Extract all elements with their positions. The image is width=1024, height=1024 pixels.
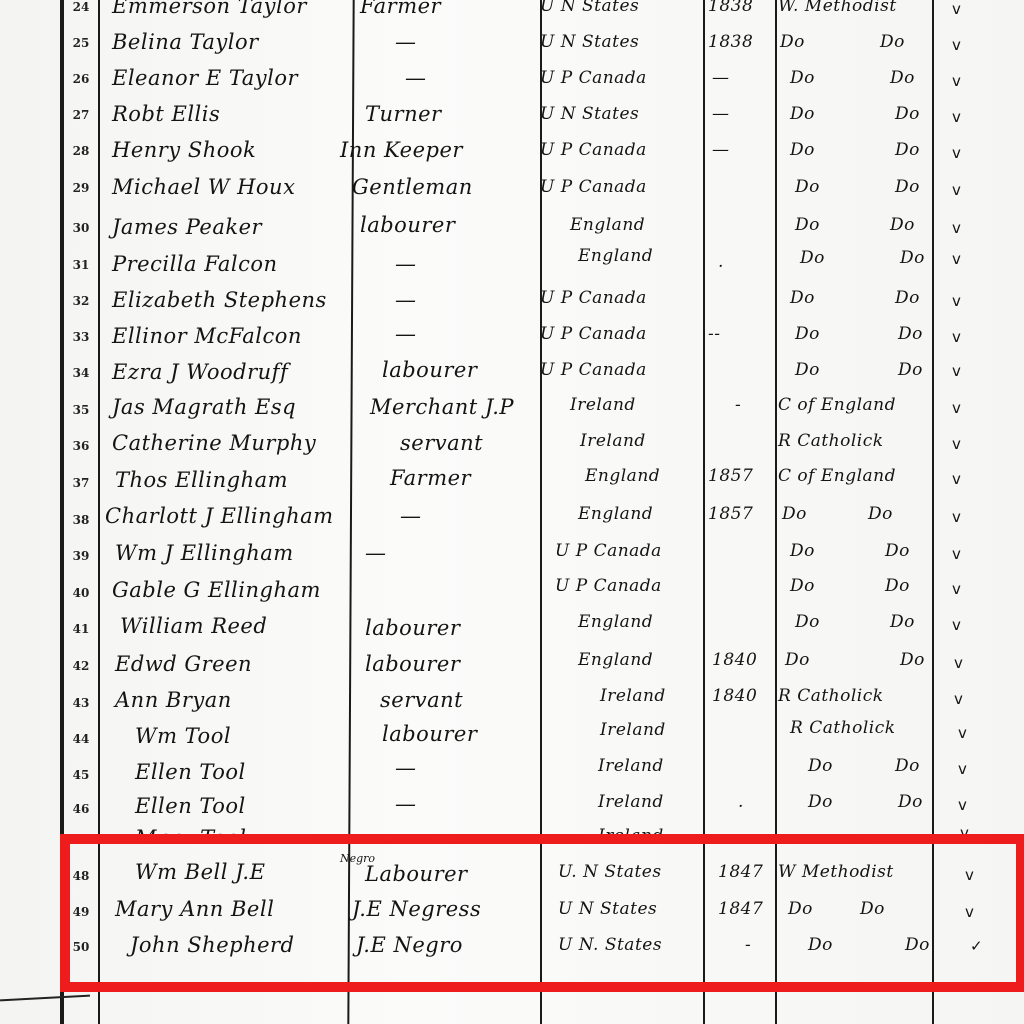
row-number: 45: [66, 768, 96, 782]
check-mark: v: [952, 144, 961, 162]
check-mark: v: [954, 690, 963, 708]
birthplace-cell: U N States: [540, 32, 639, 52]
row-number: 42: [66, 659, 96, 673]
name-cell: Wm Tool: [135, 724, 231, 748]
check-mark: v: [952, 181, 961, 199]
check-mark: v: [952, 292, 961, 310]
birthplace-cell: England: [578, 650, 653, 670]
religion-cell: Do: [790, 140, 815, 160]
religion-cell: Do: [808, 756, 833, 776]
census-page: 24 Emmerson Taylor Farmer U N States 183…: [0, 0, 1024, 1024]
row-number: 50: [66, 940, 96, 954]
row-number: 34: [66, 366, 96, 380]
occupation-cell: servant: [380, 688, 463, 712]
religion-ditto-cell: Do: [895, 140, 920, 160]
row-number: 48: [66, 869, 96, 883]
check-mark: v: [965, 866, 974, 884]
religion-cell: Do: [790, 104, 815, 124]
birthplace-cell: Ireland: [600, 686, 666, 706]
birthplace-cell: U P Canada: [540, 288, 647, 308]
religion-cell: Do: [800, 248, 825, 268]
religion-ditto-cell: Do: [898, 792, 923, 812]
check-mark: v: [952, 508, 961, 526]
birthplace-cell: Ireland: [600, 720, 666, 740]
religion-ditto-cell: Do: [895, 104, 920, 124]
occupation-cell: —: [395, 756, 417, 780]
row-number: 49: [66, 905, 96, 919]
occupation-cell: —: [400, 504, 422, 528]
name-cell: James Peaker: [112, 215, 262, 239]
name-cell: Belina Taylor: [112, 30, 259, 54]
religion-cell: Do: [788, 899, 813, 919]
check-mark: v: [952, 545, 961, 563]
year-cell: .: [738, 792, 744, 812]
check-mark: v: [954, 654, 963, 672]
religion-ditto-cell: Do: [880, 32, 905, 52]
religion-cell: Do: [782, 504, 807, 524]
row-number: 46: [66, 802, 96, 816]
religion-cell: Do: [808, 935, 833, 955]
birthplace-cell: England: [578, 246, 653, 266]
name-cell: Mary Ann Bell: [115, 897, 274, 921]
row-number: 39: [66, 549, 96, 563]
name-cell: Thos Ellingham: [115, 468, 288, 492]
name-cell: Mary Tool: [135, 826, 246, 836]
name-cell: William Reed: [120, 614, 267, 638]
birthplace-cell: U P Canada: [540, 324, 647, 344]
occupation-cell: Inn Keeper: [340, 138, 463, 162]
rule-after-birthplace: [703, 0, 705, 1024]
row-number: 41: [66, 622, 96, 636]
year-cell: 1838: [708, 32, 753, 52]
birthplace-cell: U P Canada: [555, 576, 662, 596]
religion-cell: Do: [795, 177, 820, 197]
check-mark: v: [960, 824, 969, 836]
year-cell: 1840: [712, 686, 757, 706]
religion-cell: W. Methodist: [778, 0, 897, 16]
check-mark: v: [952, 108, 961, 126]
name-cell: Wm Bell J.E: [135, 860, 265, 884]
year-cell: 1847: [718, 899, 763, 919]
year-cell: 1838: [708, 0, 753, 16]
birthplace-cell: U N. States: [558, 935, 662, 955]
pen-stroke: [0, 995, 90, 1002]
occupation-cell: servant: [400, 431, 483, 455]
religion-ditto-cell: Do: [885, 541, 910, 561]
row-number: 35: [66, 403, 96, 417]
birthplace-cell: England: [570, 215, 645, 235]
check-mark: ✓: [970, 937, 983, 955]
religion-cell: C of England: [778, 466, 896, 486]
occupation-cell: Gentleman: [352, 175, 473, 199]
name-cell: Catherine Murphy: [112, 431, 316, 455]
year-cell: —: [712, 140, 730, 160]
occupation-cell: —: [395, 288, 417, 312]
birthplace-cell: U P Canada: [555, 541, 662, 561]
check-mark: v: [952, 328, 961, 346]
row-number: 40: [66, 586, 96, 600]
check-mark: v: [952, 362, 961, 380]
check-mark: v: [965, 903, 974, 921]
check-mark: v: [952, 250, 961, 268]
row-number: 25: [66, 36, 96, 50]
row-number: 43: [66, 696, 96, 710]
birthplace-cell: U P Canada: [540, 68, 647, 88]
religion-cell: Do: [790, 288, 815, 308]
row-number: 32: [66, 294, 96, 308]
year-cell: 1840: [712, 650, 757, 670]
religion-ditto-cell: Do: [890, 68, 915, 88]
occupation-cell: Farmer: [360, 0, 441, 18]
row-number: 28: [66, 144, 96, 158]
row-number: 44: [66, 732, 96, 746]
check-mark: v: [952, 72, 961, 90]
birthplace-cell: U. N States: [558, 862, 662, 882]
margin-rule: [60, 0, 64, 1024]
name-cell: Elizabeth Stephens: [112, 288, 327, 312]
birthplace-cell: Ireland: [598, 826, 664, 836]
year-cell: -: [745, 935, 751, 955]
year-cell: -: [735, 395, 741, 415]
religion-cell: C of England: [778, 395, 896, 415]
occupation-cell: —: [395, 30, 417, 54]
religion-ditto-cell: Do: [895, 177, 920, 197]
birthplace-cell: U N States: [540, 104, 639, 124]
year-cell: —: [712, 104, 730, 124]
check-mark: v: [958, 796, 967, 814]
birthplace-cell: Ireland: [570, 395, 636, 415]
religion-ditto-cell: Do: [898, 324, 923, 344]
religion-cell: R Catholick: [790, 718, 896, 738]
occupation-cell: labourer: [365, 652, 460, 676]
occupation-cell: labourer: [382, 722, 477, 746]
religion-cell: W Methodist: [778, 862, 894, 882]
occupation-cell: Merchant J.P: [370, 395, 514, 419]
religion-ditto-cell: Do: [868, 504, 893, 524]
religion-cell: Do: [780, 32, 805, 52]
occupation-cell: Turner: [365, 102, 442, 126]
year-cell: 1847: [718, 862, 763, 882]
religion-cell: Do: [790, 68, 815, 88]
check-mark: v: [952, 470, 961, 488]
rule-after-number: [98, 0, 100, 1024]
religion-ditto-cell: Do: [890, 215, 915, 235]
religion-ditto-cell: Do: [860, 899, 885, 919]
name-cell: Robt Ellis: [112, 102, 220, 126]
check-mark: v: [958, 724, 967, 742]
row-number: 36: [66, 439, 96, 453]
check-mark: v: [958, 760, 967, 778]
row-number: 37: [66, 476, 96, 490]
religion-cell: Do: [790, 576, 815, 596]
name-cell: Precilla Falcon: [112, 252, 278, 276]
year-cell: 1857: [708, 504, 753, 524]
occupation-cell: —: [365, 541, 387, 565]
row-number: 26: [66, 72, 96, 86]
religion-cell: R Catholick: [778, 686, 884, 706]
year-cell: .: [718, 252, 724, 272]
name-cell: Ellen Tool: [135, 760, 246, 784]
name-cell: Ann Bryan: [115, 688, 232, 712]
occupation-cell: Labourer: [365, 862, 468, 886]
birthplace-cell: England: [578, 612, 653, 632]
name-cell: Ellen Tool: [135, 794, 246, 818]
name-cell: Michael W Houx: [112, 175, 295, 199]
birthplace-cell: England: [585, 466, 660, 486]
religion-cell: Do: [795, 215, 820, 235]
name-cell: Wm J Ellingham: [115, 541, 294, 565]
row-number: 33: [66, 330, 96, 344]
religion-ditto-cell: Do: [890, 612, 915, 632]
name-cell: Ezra J Woodruff: [112, 360, 288, 384]
birthplace-cell: U P Canada: [540, 360, 647, 380]
birthplace-cell: U P Canada: [540, 140, 647, 160]
occupation-cell: —: [395, 252, 417, 276]
occupation-cell: labourer: [382, 358, 477, 382]
year-cell: --: [708, 324, 721, 344]
occupation-cell: J.E Negro: [356, 933, 463, 957]
birthplace-cell: Ireland: [598, 792, 664, 812]
row-number: 24: [66, 0, 96, 14]
name-cell: Eleanor E Taylor: [112, 66, 298, 90]
check-mark: v: [952, 580, 961, 598]
row-number: 31: [66, 258, 96, 272]
check-mark: v: [952, 399, 961, 417]
row-number: 27: [66, 108, 96, 122]
occupation-cell: labourer: [360, 213, 455, 237]
occupation-cell: J.E Negress: [352, 897, 481, 921]
birthplace-cell: U N States: [558, 899, 657, 919]
birthplace-cell: Ireland: [580, 431, 646, 451]
year-cell: 1857: [708, 466, 753, 486]
religion-cell: R Catholick: [778, 431, 884, 451]
name-cell: John Shepherd: [130, 933, 295, 957]
occupation-cell: —: [405, 66, 427, 90]
name-cell: Jas Magrath Esq: [112, 395, 296, 419]
religion-cell: Do: [795, 360, 820, 380]
check-mark: v: [952, 0, 961, 18]
check-mark: v: [952, 435, 961, 453]
check-mark: v: [952, 616, 961, 634]
religion-cell: Do: [795, 612, 820, 632]
name-cell: Charlott J Ellingham: [105, 504, 334, 528]
table-row: Mary Tool Ireland v: [0, 822, 1024, 836]
birthplace-cell: Ireland: [598, 756, 664, 776]
name-cell: Ellinor McFalcon: [112, 324, 302, 348]
religion-ditto-cell: Do: [885, 576, 910, 596]
check-mark: v: [952, 219, 961, 237]
occupation-cell: —: [395, 322, 417, 346]
religion-cell: Do: [795, 324, 820, 344]
religion-cell: Do: [808, 792, 833, 812]
check-mark: v: [952, 36, 961, 54]
row-number: 38: [66, 513, 96, 527]
row-number: 29: [66, 181, 96, 195]
birthplace-cell: U N States: [540, 0, 639, 16]
religion-ditto-cell: Do: [895, 288, 920, 308]
rule-after-religion: [932, 0, 934, 1024]
religion-ditto-cell: Do: [900, 248, 925, 268]
name-cell: Emmerson Taylor: [112, 0, 307, 18]
birthplace-cell: U P Canada: [540, 177, 647, 197]
religion-cell: Do: [785, 650, 810, 670]
name-cell: Henry Shook: [112, 138, 256, 162]
occupation-cell: Farmer: [390, 466, 471, 490]
religion-cell: Do: [790, 541, 815, 561]
birthplace-cell: England: [578, 504, 653, 524]
occupation-cell: —: [395, 792, 417, 816]
name-cell: Edwd Green: [115, 652, 252, 676]
rule-after-year: [775, 0, 777, 1024]
religion-ditto-cell: Do: [900, 650, 925, 670]
religion-ditto-cell: Do: [905, 935, 930, 955]
religion-ditto-cell: Do: [895, 756, 920, 776]
name-cell: Gable G Ellingham: [112, 578, 321, 602]
occupation-cell: labourer: [365, 616, 460, 640]
row-number: 30: [66, 221, 96, 235]
year-cell: —: [712, 68, 730, 88]
religion-ditto-cell: Do: [898, 360, 923, 380]
